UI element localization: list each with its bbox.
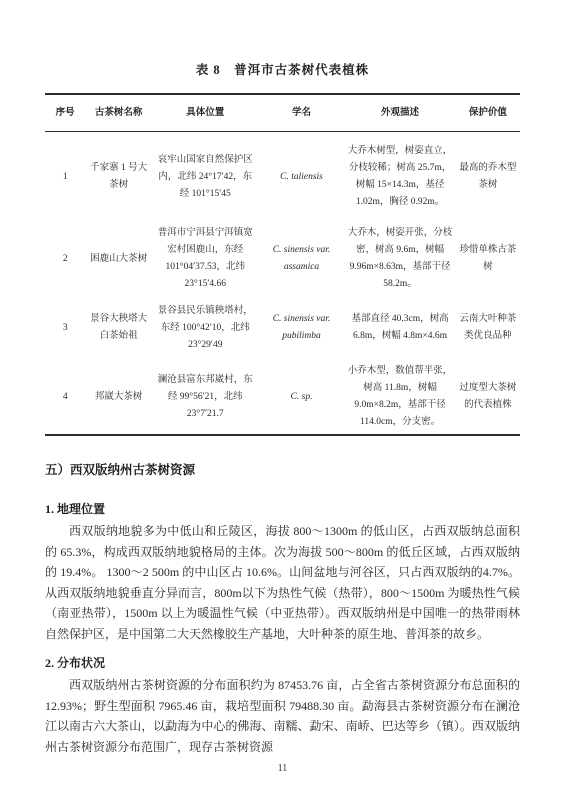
cell-location: 普洱市宁洱县宁洱镇宽宏村困鹿山，东经 101°04′37.53，北纬 23°15… (152, 222, 259, 296)
cell-location: 哀牢山国家自然保护区内，北纬 24°17′42，东经 101°15′45 (152, 132, 259, 223)
paragraph-distribution: 西双版纳州古茶树资源的分布面积约为 87453.76 亩，占全省古茶树资源分布总… (45, 675, 520, 757)
table-row: 3 景谷大秧塔大白茶始祖 景谷县民乐镇秧塔村，东经 100°42′10，北纬 2… (45, 296, 520, 360)
cell-value: 云南大叶种茶类优良品种 (456, 296, 520, 360)
cell-name: 千家寨 1 号大茶树 (85, 132, 152, 223)
cell-sci-name: C. sinensis var. pubilimba (259, 296, 345, 360)
cell-name: 景谷大秧塔大白茶始祖 (85, 296, 152, 360)
table-row: 2 困鹿山大茶树 普洱市宁洱县宁洱镇宽宏村困鹿山，东经 101°04′37.53… (45, 222, 520, 296)
table-header-row: 序号 古茶树名称 具体位置 学名 外观描述 保护价值 (45, 94, 520, 132)
table-row: 4 邦崴大茶树 澜沧县富东邦崴村，东经 99°56′21，北纬 23°7′21.… (45, 360, 520, 435)
cell-value: 珍惜单株古茶树 (456, 222, 520, 296)
subsection-heading-geography: 1. 地理位置 (45, 500, 520, 517)
header-no: 序号 (45, 94, 85, 132)
table-caption: 表 8 普洱市古茶树代表植株 (45, 60, 520, 78)
table-row: 1 千家寨 1 号大茶树 哀牢山国家自然保护区内，北纬 24°17′42，东经 … (45, 132, 520, 223)
cell-no: 2 (45, 222, 85, 296)
ancient-tea-tree-table: 序号 古茶树名称 具体位置 学名 外观描述 保护价值 1 千家寨 1 号大茶树 … (45, 93, 520, 436)
paragraph-geography: 西双版纳地貌多为中低山和丘陵区，海拔 800～1300m 的低山区，占西双版纳总… (45, 521, 520, 644)
cell-name: 困鹿山大茶树 (85, 222, 152, 296)
cell-sci-name: C. sp. (259, 360, 345, 435)
header-name: 古茶树名称 (85, 94, 152, 132)
cell-value: 过度型大茶树的代表植株 (456, 360, 520, 435)
cell-no: 3 (45, 296, 85, 360)
subsection-heading-distribution: 2. 分布状况 (45, 654, 520, 671)
cell-appearance: 基部直径 40.3cm，树高 6.8m，树幅 4.8m×4.6m (344, 296, 456, 360)
cell-appearance: 大乔木树型，树姿直立，分枝较稀；树高 25.7m，树幅 15×14.3m，基径 … (344, 132, 456, 223)
header-location: 具体位置 (152, 94, 259, 132)
cell-no: 1 (45, 132, 85, 223)
cell-appearance: 小乔木型，数值帮半张，树高 11.8m，树幅 9.0m×8.2m，基部干径 11… (344, 360, 456, 435)
cell-no: 4 (45, 360, 85, 435)
cell-sci-name: C. sinensis var. assamica (259, 222, 345, 296)
cell-location: 澜沧县富东邦崴村，东经 99°56′21，北纬 23°7′21.7 (152, 360, 259, 435)
section-heading-xishuangbanna: 五）西双版纳州古茶树资源 (45, 460, 520, 478)
page-number: 11 (0, 763, 565, 774)
document-page: 表 8 普洱市古茶树代表植株 序号 古茶树名称 具体位置 学名 外观描述 保护价… (0, 0, 565, 800)
cell-sci-name: C. taliensis (259, 132, 345, 223)
cell-location: 景谷县民乐镇秧塔村，东经 100°42′10，北纬 23°29′49 (152, 296, 259, 360)
cell-name: 邦崴大茶树 (85, 360, 152, 435)
header-sci-name: 学名 (259, 94, 345, 132)
header-value: 保护价值 (456, 94, 520, 132)
header-appearance: 外观描述 (344, 94, 456, 132)
cell-value: 最高的乔木型茶树 (456, 132, 520, 223)
cell-appearance: 大乔木，树姿开张，分枝密，树高 9.6m，树幅 9.96m×8.63m，基部干径… (344, 222, 456, 296)
